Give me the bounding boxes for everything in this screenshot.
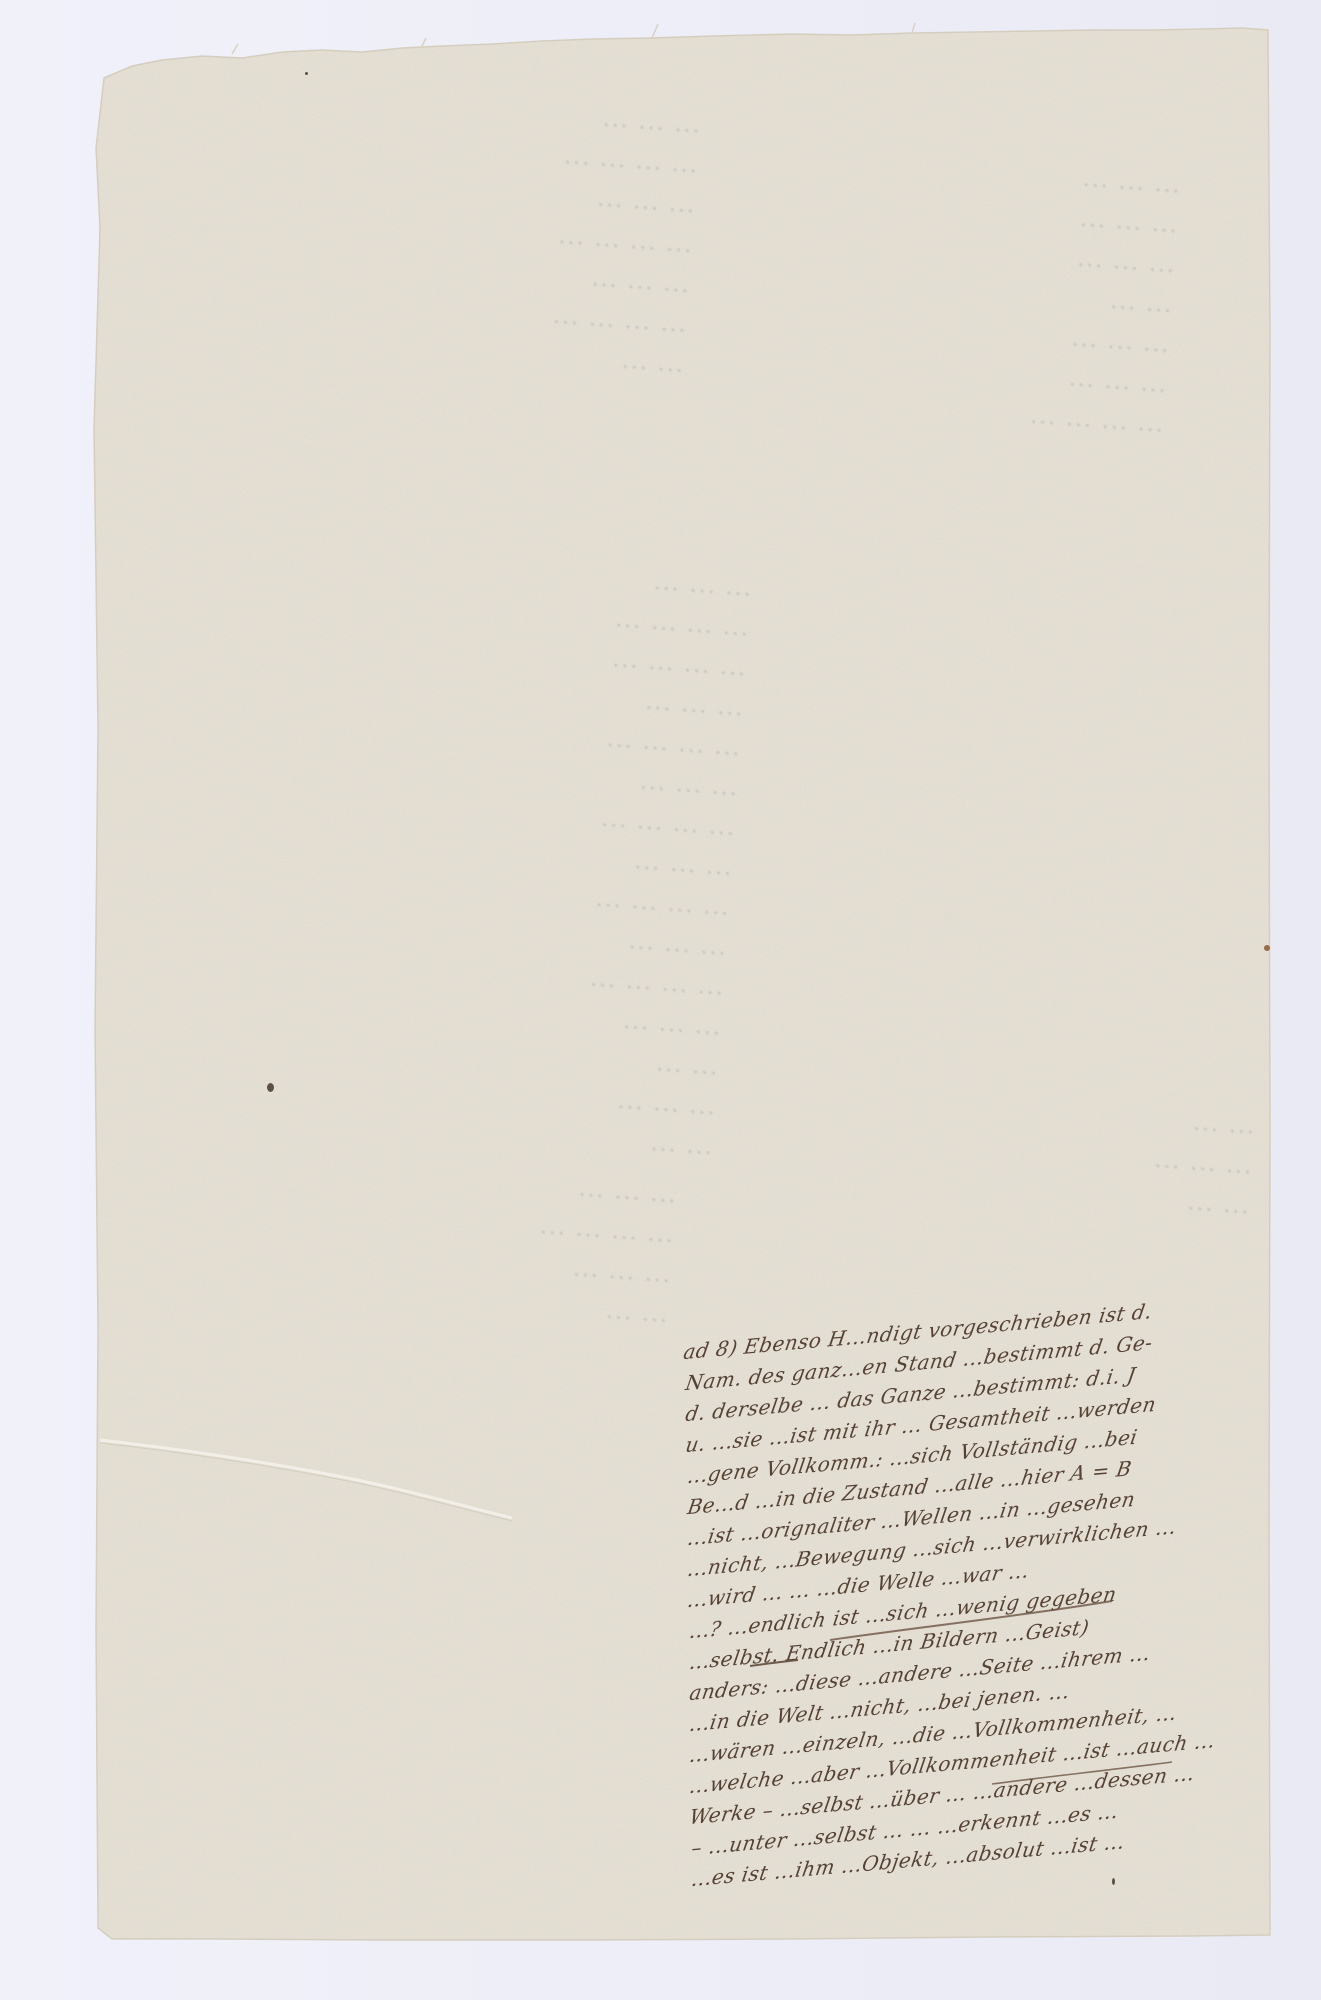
ink-speck bbox=[267, 1083, 274, 1092]
handwritten-text-block: ad 8) Ebenso H...ndigt vorgeschrieben is… bbox=[684, 1340, 1264, 1898]
scan-background: ... ... ... ... ... ... ... ... ... ... … bbox=[0, 0, 1321, 2000]
ink-speck bbox=[1264, 945, 1270, 951]
manuscript-leaf: ... ... ... ... ... ... ... ... ... ... … bbox=[92, 28, 1270, 1940]
ink-speck bbox=[305, 72, 308, 75]
